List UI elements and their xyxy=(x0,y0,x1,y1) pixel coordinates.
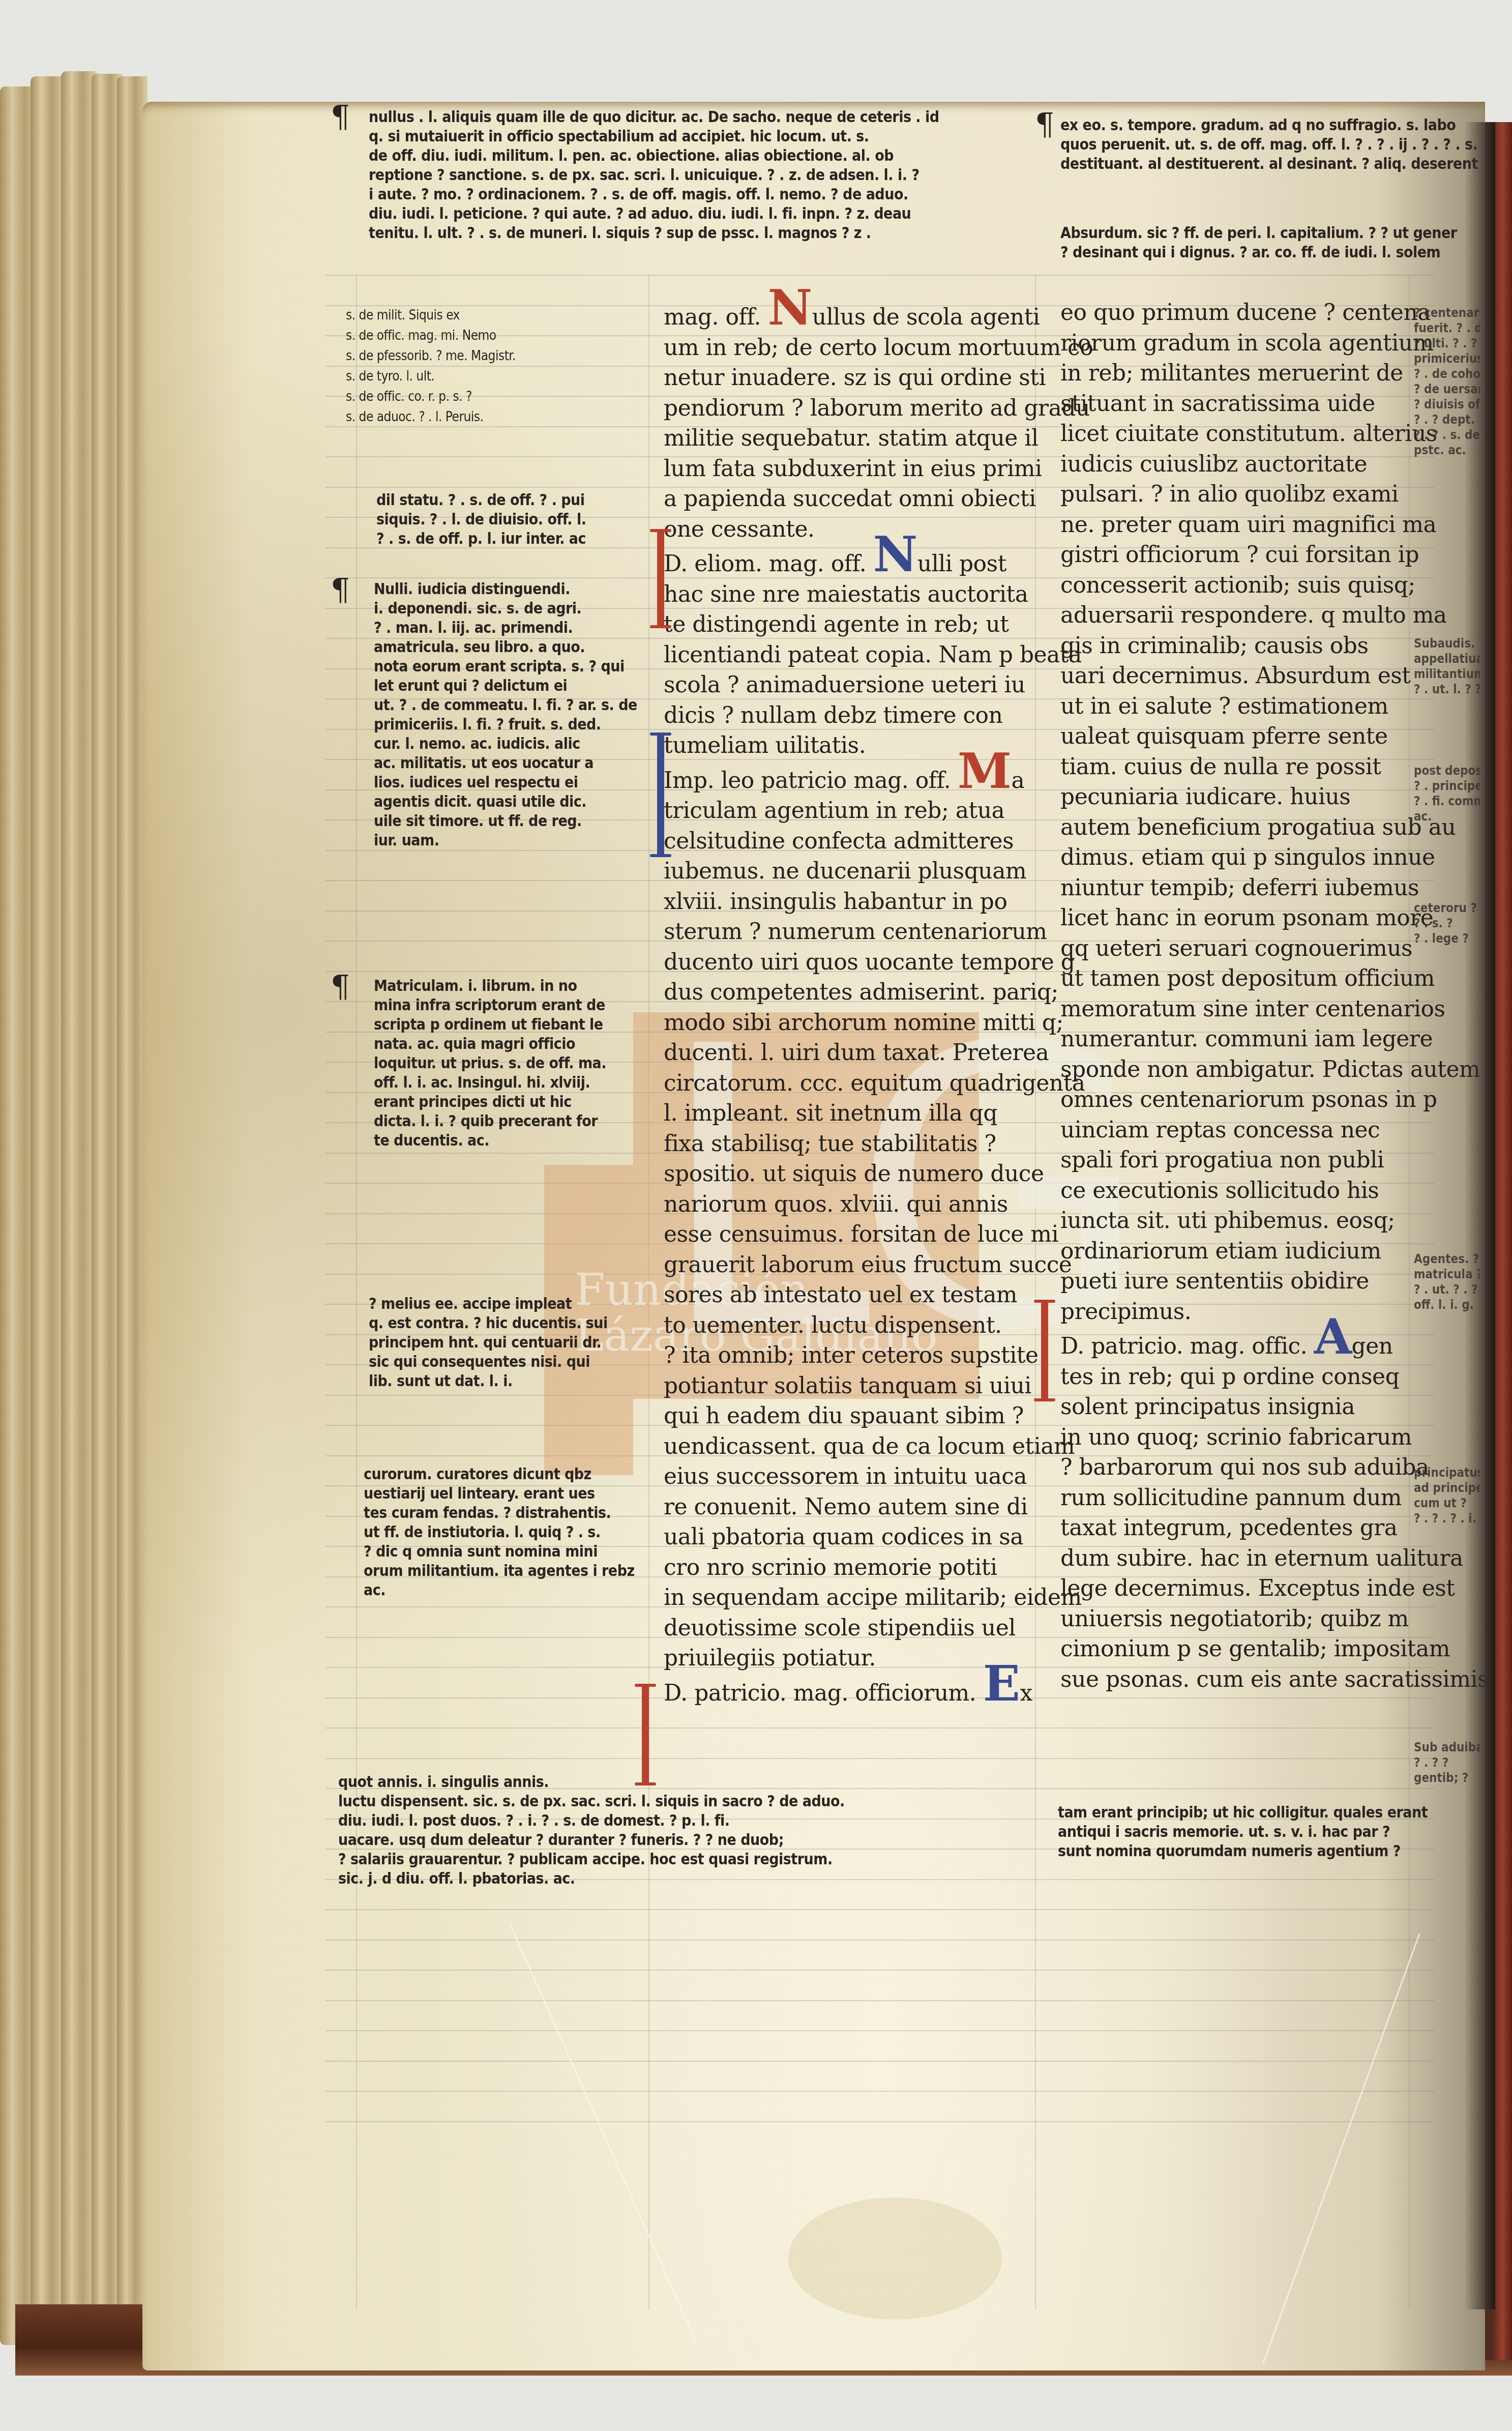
gloss-line: s. de aduoc. ? . l. Peruis. xyxy=(346,407,516,427)
gloss-line: primiceriis. l. fi. ? fruit. s. ded. xyxy=(374,715,637,735)
rubric-text: D. eliom. mag. off. xyxy=(664,551,873,577)
gloss-line: ac. xyxy=(364,1581,635,1600)
text-line: hac sine nre maiestatis auctorita xyxy=(664,579,1030,610)
text-after-initial: ulli post xyxy=(917,551,1006,577)
main-text-column-center: mag. off. Nullus de scola agentium in re… xyxy=(664,298,1030,1708)
gloss-line: uestiarij uel linteary. erant ues xyxy=(364,1484,635,1504)
gloss-line: ut. ? . de commeatu. l. fi. ? ar. s. de xyxy=(374,696,637,715)
text-line: uali pbatoria quam codices in sa xyxy=(664,1522,1030,1553)
text-line: deuotissime scole stipendiis uel xyxy=(664,1613,1030,1644)
text-line: lum fata subduxerint in eius primi xyxy=(664,454,1030,484)
gloss-line: destituant. al destituerent. al desinant… xyxy=(1060,155,1478,174)
left-gloss-block-1: dil statu. ? . s. de off. ? . puisiquis.… xyxy=(376,491,586,549)
rubric-text: D. patricio. mag. offic. xyxy=(1060,1333,1314,1359)
text-line: niuntur tempib; deferri iubemus xyxy=(1060,873,1411,903)
text-line: licentiandi pateat copia. Nam p beata xyxy=(664,640,1030,670)
gloss-line: amatricula. seu libro. a quo. xyxy=(374,638,637,657)
gloss-line: Nulli. iudicia distinguendi. xyxy=(374,580,637,599)
gloss-line: diu. iudi. l. post duos. ? . i. ? . s. d… xyxy=(338,1811,845,1831)
gloss-line: ? dic q omnia sunt nomina mini xyxy=(364,1542,635,1562)
gloss-line: i. deponendi. sic. s. de agri. xyxy=(374,599,637,619)
gloss-line: cur. l. nemo. ac. iudicis. alic xyxy=(374,735,637,754)
text-line: sponde non ambigatur. Pdictas autem xyxy=(1060,1055,1411,1085)
text-line: qq ueteri seruari cognouerimus xyxy=(1060,933,1411,964)
initial-I-red xyxy=(642,1684,649,1785)
gloss-line: ex eo. s. tempore. gradum. ad q no suffr… xyxy=(1060,116,1478,135)
gloss-line: tenitu. l. ult. ? . s. de muneri. l. siq… xyxy=(369,224,939,243)
text-line: autem beneficium progatiua sub au xyxy=(1060,812,1411,843)
text-line: modo sibi archorum nomine mitti q; xyxy=(664,1008,1030,1038)
decorated-initial-M: M xyxy=(958,742,1012,800)
gloss-line: scripta p ordinem ut fiebant le xyxy=(374,1015,606,1035)
ruling-line xyxy=(325,2000,1434,2001)
text-line: numerantur. communi iam legere xyxy=(1060,1024,1411,1055)
text-line: lege decernimus. Exceptus inde est xyxy=(1060,1573,1411,1604)
text-line: concesserit actionib; suis quisq; xyxy=(1060,570,1411,601)
text-line: aduersarii respondere. q multo ma xyxy=(1060,600,1411,631)
text-line: sores ab intestato uel ex testam xyxy=(664,1280,1030,1310)
text-line: riorum gradum in scola agentium xyxy=(1060,328,1411,359)
top-gloss-right-lower: Absurdum. sic ? ff. de peri. l. capitali… xyxy=(1060,224,1457,262)
text-after-initial: gen xyxy=(1352,1333,1393,1359)
text-line: sue psonas. cum eis ante sacratissimis xyxy=(1060,1664,1411,1695)
text-line: dus competentes admiserint. pariq; xyxy=(664,977,1030,1008)
gloss-line: sic. j. d diu. off. l. pbatorias. ac. xyxy=(338,1869,845,1889)
text-line: one cessante. xyxy=(664,514,1030,545)
text-after-initial: ullus de scola agenti xyxy=(812,304,1040,330)
gloss-line: reptione ? sanctione. s. de px. sac. scr… xyxy=(369,166,939,185)
gloss-line: mina infra scriptorum erant de xyxy=(374,996,606,1015)
left-gloss-block-2: Nulli. iudicia distinguendi.i. deponendi… xyxy=(374,580,637,851)
text-line: re conuenit. Nemo autem sine di xyxy=(664,1492,1030,1522)
text-line: ducenti. l. uiri dum taxat. Preterea xyxy=(664,1038,1030,1068)
gloss-line: let erunt qui ? delictum ei xyxy=(374,677,637,696)
gloss-line: diu. iudi. l. peticione. ? qui aute. ? a… xyxy=(369,204,939,224)
gloss-line: lib. sunt ut dat. l. i. xyxy=(369,1372,608,1391)
text-line: omnes centenariorum psonas in p xyxy=(1060,1085,1411,1115)
text-line: memoratum sine inter centenarios xyxy=(1060,994,1411,1024)
text-line: taxat integrum, pcedentes gra xyxy=(1060,1513,1411,1543)
text-line: tes in reb; qui p ordine conseq xyxy=(1060,1362,1411,1392)
gloss-line: loquitur. ut prius. s. de off. ma. xyxy=(374,1054,606,1073)
gloss-line: Absurdum. sic ? ff. de peri. l. capitali… xyxy=(1060,224,1457,243)
gloss-line: antiqui i sacris memorie. ut. s. v. i. h… xyxy=(1058,1823,1428,1842)
gloss-line: nata. ac. quia magri officio xyxy=(374,1035,606,1054)
text-line: pulsari. ? in alio quolibz exami xyxy=(1060,479,1411,510)
rubric-text: mag. off. xyxy=(664,304,768,330)
gloss-line: siquis. ? . l. de diuisio. off. l. xyxy=(376,510,586,530)
gloss-line: dil statu. ? . s. de off. ? . pui xyxy=(376,491,586,510)
ruling-line xyxy=(325,2121,1434,2122)
rubric-text: D. patricio. mag. officiorum. xyxy=(664,1680,983,1706)
paragraph-mark-icon: ¶ xyxy=(331,572,350,608)
text-line: l. impleant. sit inetnum illa qq xyxy=(664,1098,1030,1129)
top-gloss-right: ex eo. s. tempore. gradum. ad q no suffr… xyxy=(1060,116,1478,174)
gloss-line: Matriculam. i. librum. in no xyxy=(374,977,606,996)
text-line: in sequendam accipe militarib; eidem xyxy=(664,1583,1030,1613)
text-line: uinciam reptas concessa nec xyxy=(1060,1115,1411,1146)
text-line: iubemus. ne ducenarii plusquam xyxy=(664,856,1030,887)
ruling-line xyxy=(325,1970,1434,1971)
text-line: celsitudine confecta admitteres xyxy=(664,826,1030,857)
text-line: in uno quoq; scrinio fabricarum xyxy=(1060,1422,1411,1453)
paragraph-mark-icon: ¶ xyxy=(331,969,350,1005)
rubric-line: D. eliom. mag. off. Nulli post xyxy=(664,544,1030,579)
text-line: uniuersis negotiatorib; quibz m xyxy=(1060,1604,1411,1634)
decorated-initial-A: A xyxy=(1314,1308,1352,1365)
gloss-line: de off. diu. iudi. militum. l. pen. ac. … xyxy=(369,147,939,166)
text-line: netur inuadere. sz is qui ordine sti xyxy=(664,363,1030,393)
text-line: ne. preter quam uiri magnifici ma xyxy=(1060,510,1411,540)
text-line: fixa stabilisq; tue stabilitatis ? xyxy=(664,1129,1030,1159)
gloss-line: s. de milit. Siquis ex xyxy=(346,305,516,326)
gloss-line: s. de offic. co. r. p. s. ? xyxy=(346,387,516,407)
ruling-line xyxy=(325,1909,1434,1910)
text-line: ualeat quisquam pferre sente xyxy=(1060,721,1411,752)
gloss-line: tes curam fendas. ? distrahentis. xyxy=(364,1504,635,1523)
text-line: pecuniaria iudicare. huius xyxy=(1060,782,1411,812)
text-line: dimus. etiam qui p singulos innue xyxy=(1060,842,1411,873)
gloss-line: sunt nomina quorumdam numeris agentium ? xyxy=(1058,1842,1428,1861)
gloss-line: nota eorum erant scripta. s. ? qui xyxy=(374,657,637,677)
text-line: uendicassent. qua de ca locum etiam xyxy=(664,1431,1030,1462)
text-line: ducento uiri quos uocante tempore g xyxy=(664,947,1030,978)
text-line: rum sollicitudine pannum dum xyxy=(1060,1483,1411,1513)
gloss-line: sic qui consequentes nisi. qui xyxy=(369,1353,608,1372)
gloss-line: s. de pfessorib. ? me. Magistr. xyxy=(346,346,516,366)
top-gloss-left: nullus . l. aliquis quam ille de quo dic… xyxy=(369,108,939,243)
left-gloss-block-4: ? melius ee. accipe impleatq. est contra… xyxy=(369,1295,608,1391)
text-line: pueti iure sententiis obidire xyxy=(1060,1266,1411,1297)
text-line: xlviii. insingulis habantur in po xyxy=(664,887,1030,917)
left-gloss-block-5: curorum. curatores dicunt qbzuestiarij u… xyxy=(364,1465,635,1600)
text-line: tiam. cuius de nulla re possit xyxy=(1060,752,1411,782)
text-line: to uementer. luctu dispensent. xyxy=(664,1310,1030,1341)
rubric-line: D. patricio. mag. officiorum. Ex xyxy=(664,1674,1030,1709)
gloss-line: off. l. i. ac. Insingul. hi. xlviij. xyxy=(374,1073,606,1093)
text-line: priuilegiis potiatur. xyxy=(664,1643,1030,1674)
text-line: sterum ? numerum centenariorum xyxy=(664,917,1030,947)
text-line: ? barbarorum qui nos sub aduiba xyxy=(1060,1452,1411,1483)
initial-I-red xyxy=(1041,1300,1048,1401)
gloss-line: q. si mutaiuerit in officio spectabilium… xyxy=(369,127,939,147)
text-line: nariorum quos. xlviii. qui annis xyxy=(664,1189,1030,1220)
initial-I-red xyxy=(657,529,664,628)
ruling-line xyxy=(325,1727,1434,1729)
text-line: ? ita omnib; inter ceteros supstite xyxy=(664,1340,1030,1371)
gloss-line: ? desinant qui i dignus. ? ar. co. ff. d… xyxy=(1060,243,1457,262)
text-line: precipimus. xyxy=(1060,1297,1411,1327)
text-line: ordinariorum etiam iudicium xyxy=(1060,1236,1411,1267)
gloss-line: orum militantium. ita agentes i rebz xyxy=(364,1562,635,1581)
gloss-line: agentis dicit. quasi utile dic. xyxy=(374,793,637,812)
text-line: qui h eadem diu spauant sibim ? xyxy=(664,1401,1030,1431)
text-line: spali fori progatiua non publi xyxy=(1060,1145,1411,1176)
initial-I-blue xyxy=(657,733,664,857)
paragraph-mark-icon: ¶ xyxy=(1035,107,1054,142)
text-line: ut in ei salute ? estimationem xyxy=(1060,691,1411,722)
text-line: ut tamen post depositum officium xyxy=(1060,963,1411,994)
text-line: gis in criminalib; causis obs xyxy=(1060,631,1411,661)
ruling-line xyxy=(325,2061,1434,2062)
main-text-column-right: eo quo primum ducene ? centenariorum gra… xyxy=(1060,298,1411,1694)
gutter-shadow xyxy=(1465,122,1495,2309)
gloss-line: ac. militatis. ut eos uocatur a xyxy=(374,754,637,773)
text-line: licet ciuitate constitutum. alterius xyxy=(1060,419,1411,449)
rubric-text: Imp. leo patricio mag. off. xyxy=(664,768,958,794)
rubric-line: D. patricio. mag. offic. Agen xyxy=(1060,1327,1411,1362)
gloss-line: uile sit timore. ut ff. de reg. xyxy=(374,812,637,831)
ruling-line xyxy=(325,1940,1434,1941)
gloss-line: ? melius ee. accipe impleat xyxy=(369,1295,608,1314)
text-line: pendiorum ? laborum merito ad gradu xyxy=(664,393,1030,424)
gloss-line: quot annis. i. singulis annis. xyxy=(338,1773,845,1792)
gloss-line: curorum. curatores dicunt qbz xyxy=(364,1465,635,1484)
gloss-line: lios. iudices uel respectu ei xyxy=(374,773,637,793)
text-line: iuncta sit. uti phibemus. eosq; xyxy=(1060,1206,1411,1236)
text-line: eius successorem in intuitu uaca xyxy=(664,1461,1030,1492)
text-line: circatorum. ccc. equitum quadrigenta xyxy=(664,1068,1030,1099)
gloss-line: dicta. l. i. ? quib precerant for xyxy=(374,1112,606,1131)
text-line: uari decernimus. Absurdum est xyxy=(1060,661,1411,691)
text-line: potiantur solatiis tanquam si uiui xyxy=(664,1371,1030,1401)
rubric-line: mag. off. Nullus de scola agenti xyxy=(664,298,1030,333)
text-line: ce executionis sollicitudo his xyxy=(1060,1176,1411,1206)
text-line: te distingendi agente in reb; ut xyxy=(664,609,1030,640)
left-gloss-block-3: Matriculam. i. librum. in nomina infra s… xyxy=(374,977,606,1151)
decorated-initial-N: N xyxy=(768,279,812,336)
left-gloss-rubric-list: s. de milit. Siquis exs. de offic. mag. … xyxy=(346,305,516,427)
gloss-line: i aute. ? mo. ? ordinacionem. ? . s. de … xyxy=(369,185,939,204)
text-line: gistri officiorum ? cui forsitan ip xyxy=(1060,540,1411,570)
gloss-line: ut ff. de instiutoria. l. quiq ? . s. xyxy=(364,1523,635,1542)
text-line: cro nro scrinio memorie potiti xyxy=(664,1553,1030,1583)
gloss-line: te ducentis. ac. xyxy=(374,1131,606,1151)
gloss-line: quos peruenit. ut. s. de off. mag. off. … xyxy=(1060,135,1478,155)
gloss-line: luctu dispensent. sic. s. de px. sac. sc… xyxy=(338,1792,845,1811)
text-line: iudicis cuiuslibz auctoritate xyxy=(1060,449,1411,480)
gloss-line: ? salariis grauarentur. ? publicam accip… xyxy=(338,1850,845,1869)
text-line: in reb; militantes meruerint de xyxy=(1060,358,1411,389)
paragraph-mark-icon: ¶ xyxy=(331,99,350,135)
text-line: um in reb; de certo locum mortuum co xyxy=(664,333,1030,363)
ruling-line xyxy=(325,1758,1434,1759)
gloss-line: q. est contra. ? hic ducentis. sui xyxy=(369,1314,608,1333)
text-line: dum subire. hac in eternum ualitura xyxy=(1060,1543,1411,1574)
gloss-line: s. de offic. mag. mi. Nemo xyxy=(346,326,516,346)
gloss-line: uacare. usq dum deleatur ? duranter ? fu… xyxy=(338,1831,845,1850)
text-line: esse censuimus. forsitan de luce mi xyxy=(664,1219,1030,1250)
text-line: spositio. ut siquis de numero duce xyxy=(664,1159,1030,1189)
gloss-line: s. de tyro. l. ult. xyxy=(346,366,516,387)
text-line: cimonium p se gentalib; impositam xyxy=(1060,1634,1411,1664)
text-after-initial: a xyxy=(1012,768,1025,794)
gloss-line: ? . s. de off. p. l. iur inter. ac xyxy=(376,530,586,549)
bottom-gloss-right: tam erant principib; ut hic colligitur. … xyxy=(1058,1803,1428,1861)
text-after-initial: x xyxy=(1020,1680,1032,1706)
text-line: solent principatus insignia xyxy=(1060,1392,1411,1422)
gloss-line: erant principes dicti ut hic xyxy=(374,1093,606,1112)
gloss-line: principem hnt. qui centuarii dr. xyxy=(369,1333,608,1353)
text-line: eo quo primum ducene ? centena xyxy=(1060,298,1411,328)
gloss-line: iur. uam. xyxy=(374,831,637,851)
text-line: a papienda succedat omni obiecti xyxy=(664,484,1030,514)
decorated-initial-N: N xyxy=(873,525,917,583)
rubric-line: Imp. leo patricio mag. off. Ma xyxy=(664,761,1030,796)
text-line: dicis ? nullam debz timere con xyxy=(664,700,1030,731)
text-line: scola ? animaduersione ueteri iu xyxy=(664,670,1030,700)
water-stain xyxy=(788,2198,1002,2320)
text-line: licet hanc in eorum psonam more xyxy=(1060,903,1411,933)
gloss-line: tam erant principib; ut hic colligitur. … xyxy=(1058,1803,1428,1823)
gloss-line: nullus . l. aliquis quam ille de quo dic… xyxy=(369,108,939,127)
text-line: grauerit laborum eius fructum succe xyxy=(664,1250,1030,1280)
column-rule xyxy=(356,275,357,2309)
decorated-initial-E: E xyxy=(983,1655,1020,1712)
text-line: stituant in sacratissima uide xyxy=(1060,389,1411,419)
ruling-line xyxy=(325,275,1434,276)
ruling-line xyxy=(325,2091,1434,2092)
text-line: triculam agentium in reb; atua xyxy=(664,796,1030,826)
bottom-gloss-left: quot annis. i. singulis annis.luctu disp… xyxy=(338,1773,845,1889)
ruling-line xyxy=(325,2030,1434,2031)
gloss-line: ? . man. l. iij. ac. primendi. xyxy=(374,619,637,638)
text-line: militie sequebatur. statim atque il xyxy=(664,423,1030,454)
